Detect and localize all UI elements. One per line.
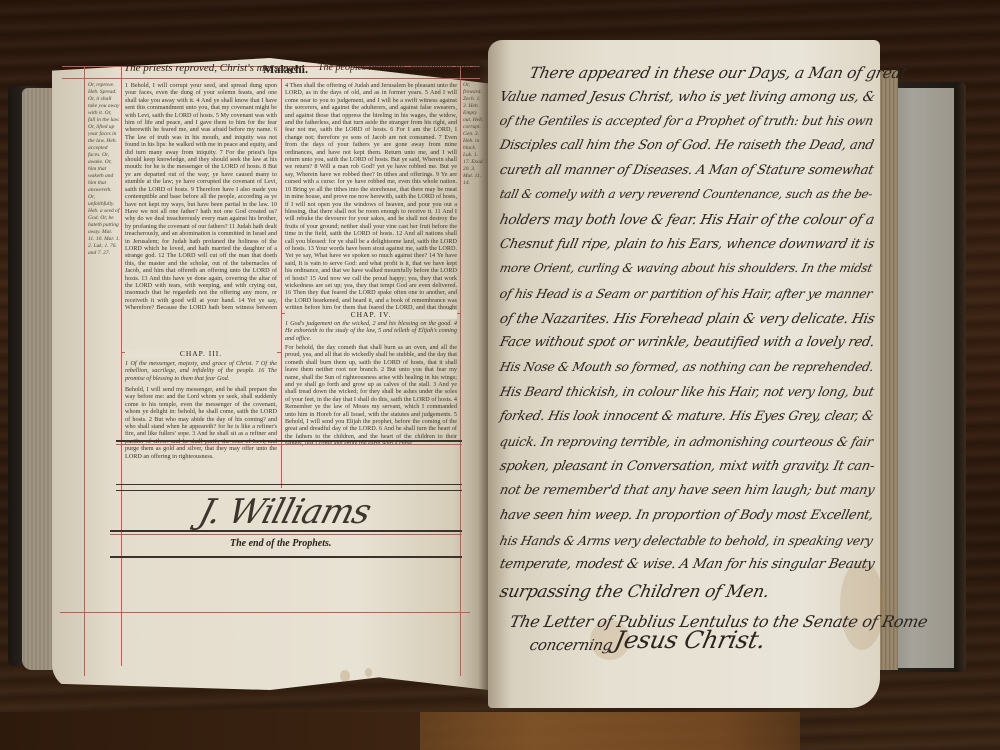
water-stain — [840, 560, 884, 650]
handwritten-line: His Beard thickish, in colour like his H… — [498, 385, 875, 400]
handwritten-line: his Hands & Arms very delectable to beho… — [498, 533, 874, 548]
rule — [121, 66, 122, 666]
handwritten-line: more Orient, curling & waving about his … — [499, 261, 874, 275]
handwritten-line: There appeared in these our Days, a Man … — [528, 64, 908, 82]
foxing-stain — [340, 670, 350, 682]
chapter-3-heading: CHAP. III. — [125, 349, 277, 358]
rule — [110, 534, 462, 535]
table-board-lit — [420, 712, 800, 750]
rule — [116, 484, 462, 485]
handwritten-line: tall & comely with a very reverend Count… — [499, 187, 874, 201]
handwritten-line: forked. His look innocent & mature. His … — [498, 409, 875, 424]
rule — [116, 490, 462, 491]
end-of-prophets: The end of the Prophets. — [230, 538, 331, 549]
chapter-3-summary: 1 Of the messenger, majesty, and grace o… — [125, 360, 277, 384]
double-rule — [110, 530, 462, 532]
handwritten-line: Chesnut full ripe, plain to his Ears, wh… — [498, 237, 875, 252]
handwritten-line: His Nose & Mouth so formed, as nothing c… — [499, 360, 875, 374]
chapter-3-text: Behold, I will send my messenger, and he… — [125, 386, 277, 466]
handwritten-line: Face without spot or wrinkle, beautified… — [498, 335, 875, 350]
handwritten-line: of the Gentiles is accepted for a Prophe… — [498, 113, 874, 128]
rule — [62, 78, 480, 79]
handwritten-line: temperate, modest & wise. A Man for his … — [498, 557, 875, 572]
handwritten-line: holders may both love & fear. His Hair o… — [498, 212, 875, 228]
rule — [460, 66, 461, 676]
double-rule — [110, 556, 462, 558]
chapter-4-heading: CHAP. IV. — [285, 310, 457, 319]
letter-caption-concerning: concerning — [528, 636, 614, 654]
letter-caption-name: Jesus Christ. — [612, 626, 768, 654]
rule — [84, 66, 85, 676]
handwritten-line: Disciples call him the Son of God. He ra… — [498, 138, 875, 153]
handwritten-line: surpassing the Children of Men. — [498, 582, 771, 602]
owner-signature: J. Williams — [195, 492, 375, 532]
handwritten-line: cureth all manner of Diseases. A Man of … — [498, 163, 874, 178]
handwritten-line: spoken, pleasant in Conversation, mixt w… — [498, 459, 875, 474]
handwritten-line: Value named Jesus Christ, who is yet liv… — [498, 89, 876, 105]
chapter-4-text: For behold, the day cometh that shall bu… — [285, 344, 457, 464]
chapter-4-summary: 1 God's judgement on the wicked, 2 and h… — [285, 320, 457, 342]
column-right-verses: 4 Then shall the offering of Judah and J… — [285, 82, 457, 312]
rule — [281, 78, 282, 488]
handwritten-line: quick. In reproving terrible, in admonis… — [498, 434, 874, 449]
margin-notes-left: Or, reprove. Heb. Spread. Or, it shall t… — [88, 82, 120, 462]
handwritten-line: not be remember'd that any have seen him… — [498, 483, 875, 498]
rule — [116, 444, 462, 445]
book-name: Malachi. — [263, 62, 308, 77]
handwritten-line: have seen him weep. In proportion of Bod… — [498, 508, 874, 523]
rule — [60, 612, 470, 613]
table-board — [0, 712, 420, 750]
handwritten-line: of his Head is a Seam or partition of hi… — [498, 286, 873, 301]
foxing-stain — [365, 668, 372, 677]
double-rule — [116, 440, 462, 442]
column-left-verses: 1 Behold, I will corrupt your seed, and … — [125, 82, 277, 310]
handwritten-line: of the Nazarites. His Forehead plain & v… — [498, 311, 876, 327]
